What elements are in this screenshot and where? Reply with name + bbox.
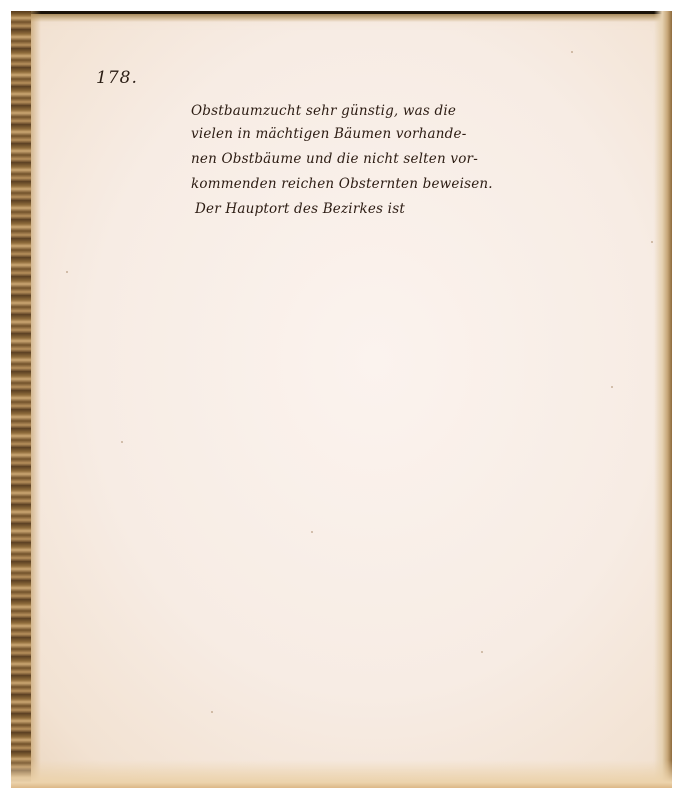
paper-speck [481,651,483,653]
text-line: Der Hauptort des Bezirkes ist [191,197,611,222]
page-number: 178. [96,68,138,88]
paper-speck [66,271,68,273]
frayed-binding-edge [11,11,31,788]
bottom-stain [11,760,672,788]
paper-speck [311,531,313,533]
paper-speck [211,711,213,713]
paper-speck [571,51,573,53]
paper-speck [121,441,123,443]
text-line: nen Obstbäume und die nicht selten vor- [191,147,611,172]
text-line: vielen in mächtigen Bäumen vorhande- [191,122,611,147]
manuscript-page: 178. Obstbaumzucht sehr günstig, was die… [11,11,672,788]
text-line: Obstbaumzucht sehr günstig, was die [191,99,611,124]
text-line: kommenden reichen Obsternten beweisen. [191,172,611,197]
page-top-band [11,14,672,22]
paper-speck [611,386,613,388]
right-gutter-shadow [654,11,672,788]
scanned-page: 178. Obstbaumzucht sehr günstig, was die… [0,0,679,800]
handwritten-text-block: Obstbaumzucht sehr günstig, was die viel… [191,99,611,222]
paper-speck [651,241,653,243]
